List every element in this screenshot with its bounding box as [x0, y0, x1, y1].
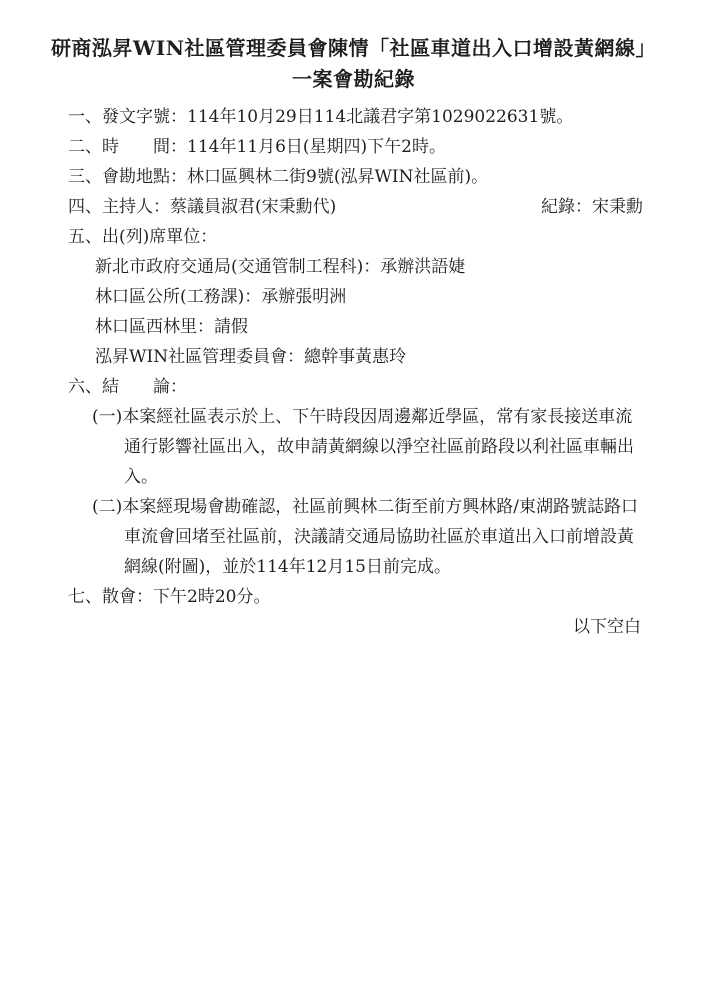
attendees-header: 五、出(列)席單位：: [68, 222, 643, 252]
field-host: 四、主持人：蔡議員淑君(宋秉勳代): [68, 192, 336, 222]
document-body: 一、發文字號：114年10月29日114北議君字第1029022631號。 二、…: [0, 95, 707, 642]
field-recorder: 紀錄：宋秉勳: [541, 192, 643, 222]
attendee-item: 新北市政府交通局(交通管制工程科)：承辦洪語婕: [68, 252, 643, 282]
field-meeting-location: 三、會勘地點：林口區興林二街9號(泓昇WIN社區前)。: [68, 162, 643, 192]
conclusion-1-line3: 入。: [68, 462, 643, 492]
attendee-item: 林口區西林里：請假: [68, 312, 643, 342]
document-title-line1: 研商泓昇WIN社區管理委員會陳情「社區車道出入口增設黃網線」: [0, 33, 707, 64]
conclusion-2-line2: 車流會回堵至社區前，決議請交通局協助社區於車道出入口前增設黃: [68, 522, 643, 552]
field-doc-number: 一、發文字號：114年10月29日114北議君字第1029022631號。: [68, 102, 643, 132]
attendee-item: 泓昇WIN社區管理委員會：總幹事黃惠玲: [68, 342, 643, 372]
field-meeting-time: 二、時 間：114年11月6日(星期四)下午2時。: [68, 132, 643, 162]
field-adjournment: 七、散會：下午2時20分。: [68, 582, 643, 612]
attendee-item: 林口區公所(工務課)：承辦張明洲: [68, 282, 643, 312]
conclusion-1-line1: (一)本案經社區表示於上、下午時段因周邊鄰近學區，常有家長接送車流: [68, 402, 643, 432]
document-title-line2: 一案會勘紀錄: [0, 64, 707, 95]
closing-note: 以下空白: [68, 612, 643, 642]
document-page: 研商泓昇WIN社區管理委員會陳情「社區車道出入口增設黃網線」 一案會勘紀錄 一、…: [0, 0, 707, 1000]
conclusion-1-line2: 通行影響社區出入，故申請黃網線以淨空社區前路段以利社區車輛出: [68, 432, 643, 462]
document-title: 研商泓昇WIN社區管理委員會陳情「社區車道出入口增設黃網線」 一案會勘紀錄: [0, 0, 707, 95]
conclusion-header: 六、結 論：: [68, 372, 643, 402]
conclusion-2-line3: 網線(附圖)，並於114年12月15日前完成。: [68, 552, 643, 582]
conclusion-2-line1: (二)本案經現場會勘確認，社區前興林二街至前方興林路/東湖路號誌路口: [68, 492, 643, 522]
field-host-row: 四、主持人：蔡議員淑君(宋秉勳代) 紀錄：宋秉勳: [68, 192, 643, 222]
